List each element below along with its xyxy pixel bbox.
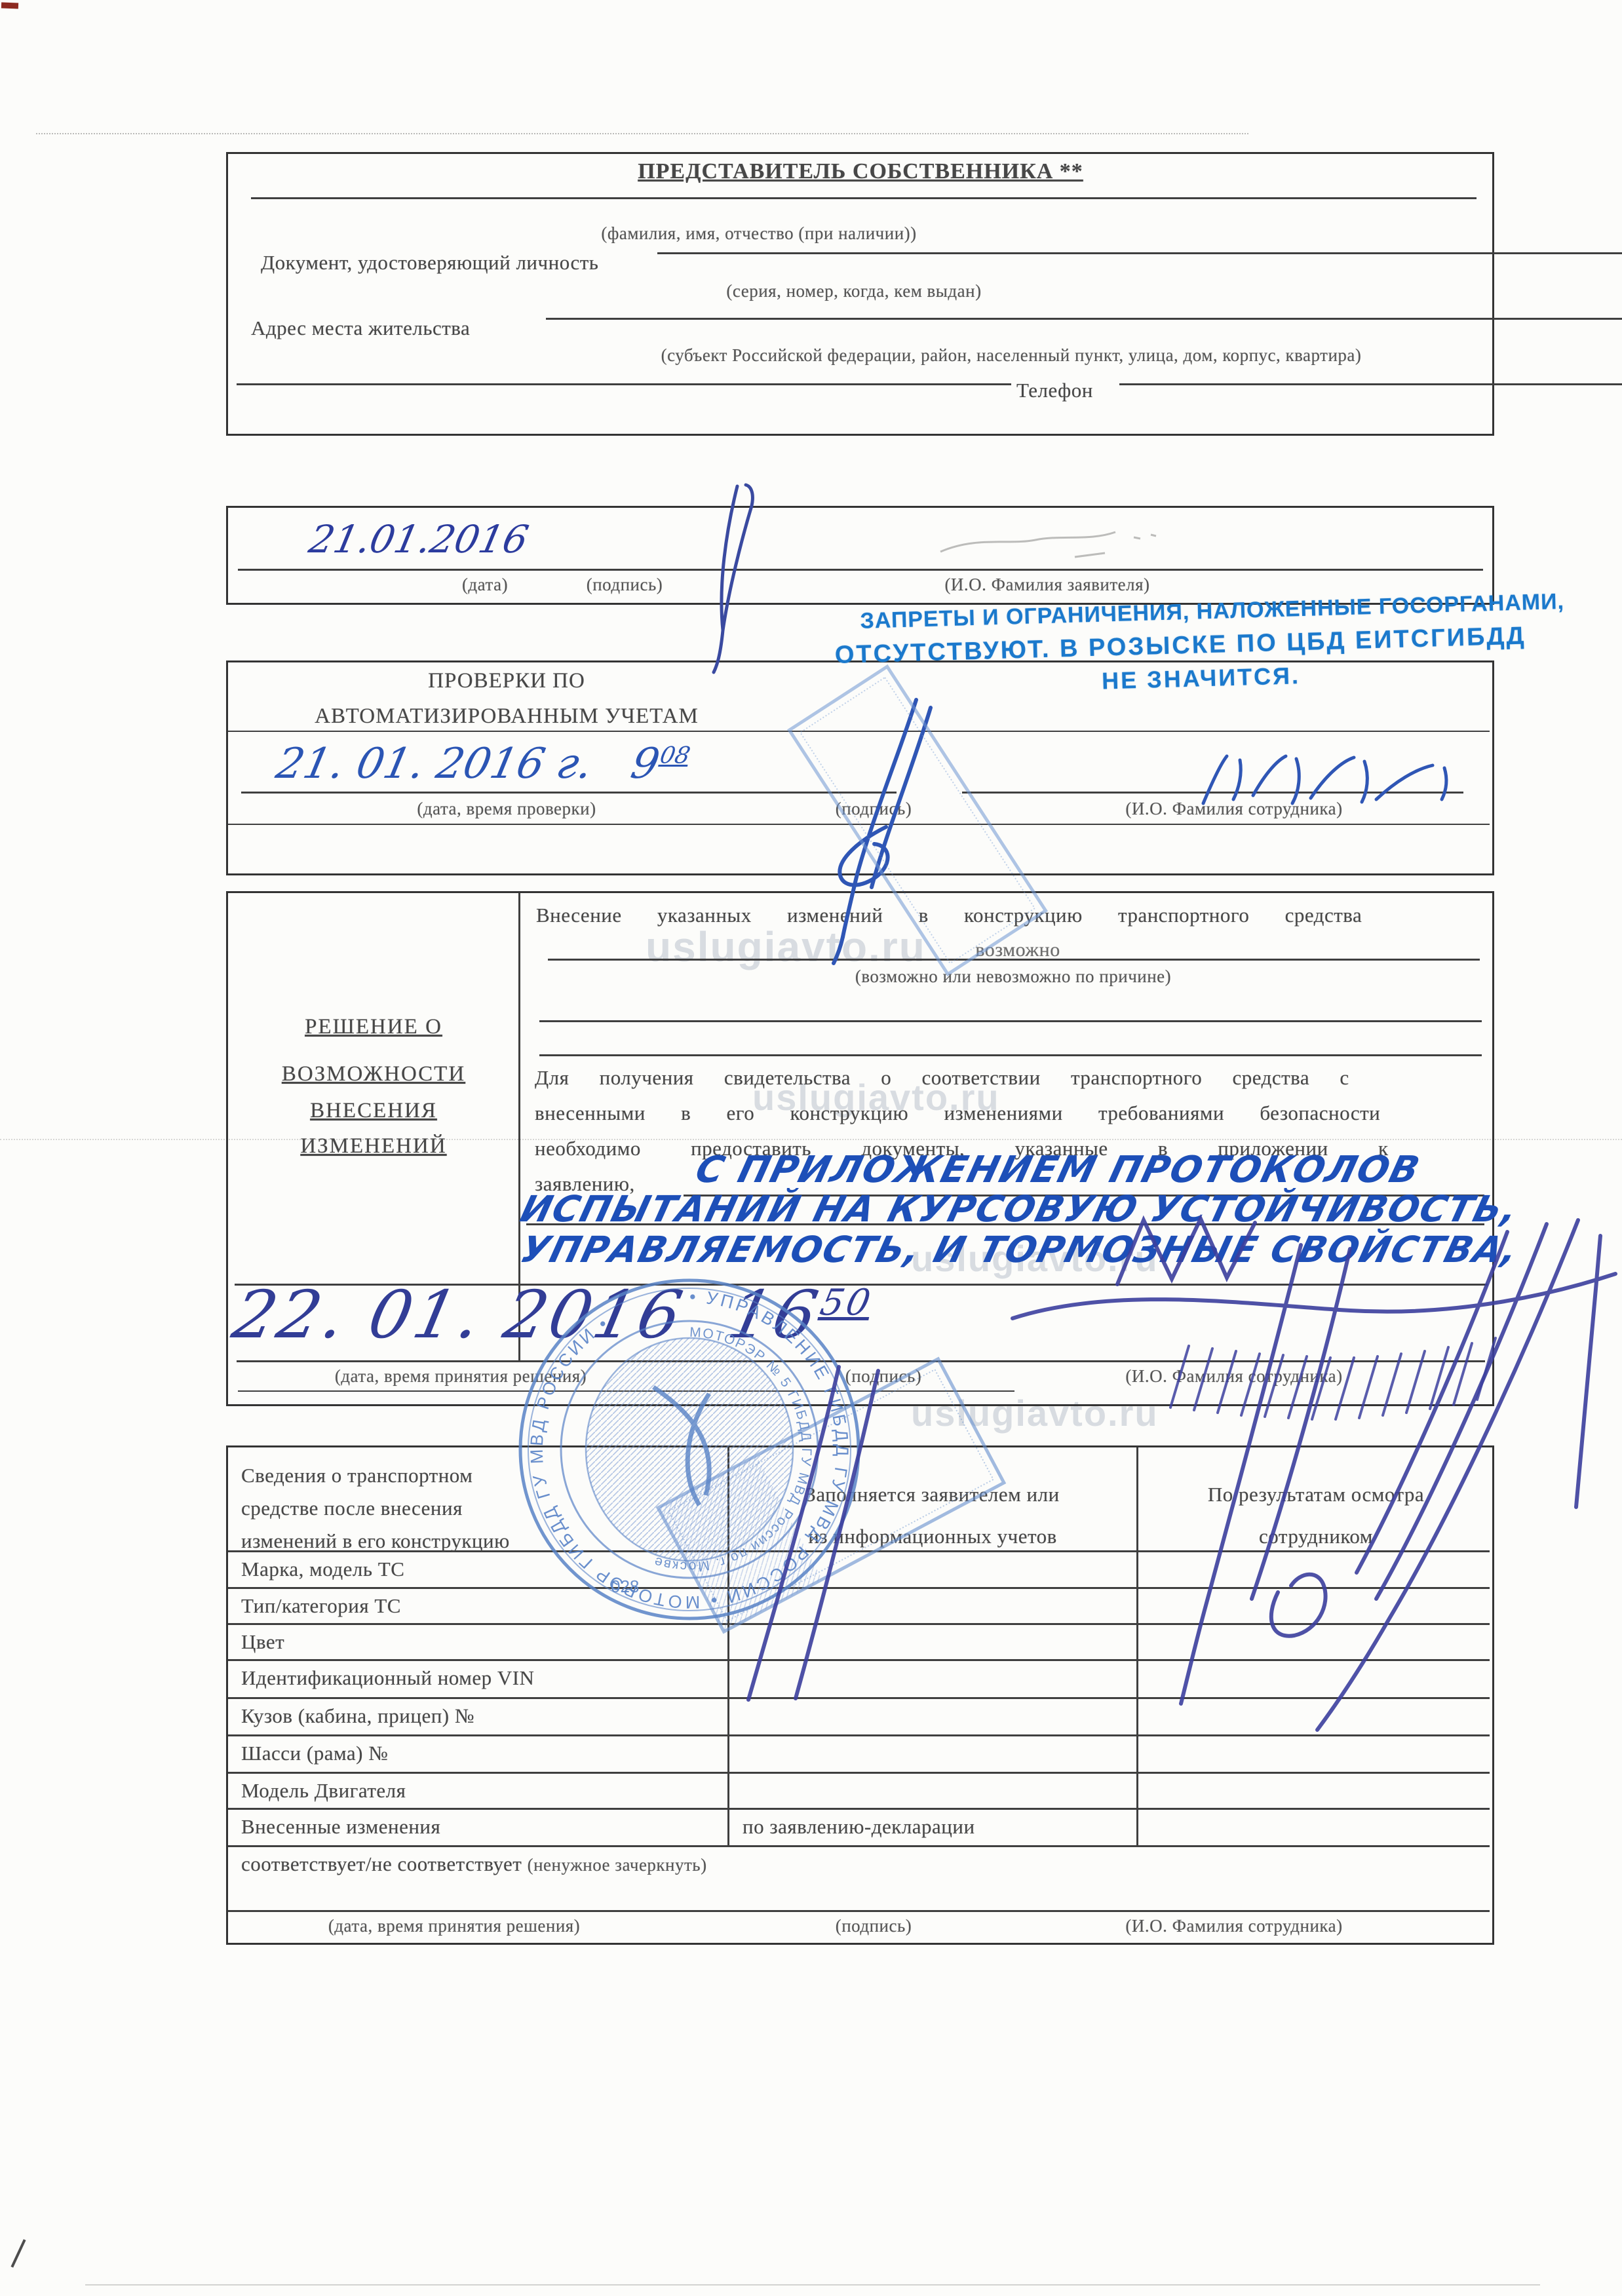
blank-line bbox=[539, 1054, 1482, 1056]
table-sign-line bbox=[228, 1910, 1490, 1912]
decision-value-hint: (возможно или невозможно по причине) bbox=[855, 966, 1171, 987]
table-row-label: Цвет bbox=[241, 1630, 284, 1654]
check-sign-hint: (подпись) bbox=[836, 799, 912, 819]
table-row-label: Модель Двигателя bbox=[241, 1779, 406, 1803]
table-row-line bbox=[228, 1587, 1490, 1589]
inner-rule bbox=[228, 731, 1490, 732]
decision-time-minutes: 50 bbox=[817, 1282, 877, 1324]
table-col-divider bbox=[727, 1447, 729, 1847]
decision-value-line bbox=[548, 959, 1480, 961]
checks-title-line1: ПРОВЕРКИ ПО bbox=[428, 669, 585, 693]
decision-section: РЕШЕНИЕ О ВОЗМОЖНОСТИ ВНЕСЕНИЯ ИЗМЕНЕНИЙ… bbox=[226, 891, 1494, 1406]
decision-side-title: ВОЗМОЖНОСТИ bbox=[282, 1062, 465, 1086]
decision-date-hint: (дата, время принятия решения) bbox=[335, 1366, 587, 1387]
decision-value: возможно bbox=[975, 939, 1060, 961]
check-date: 21. 01. 2016 г. bbox=[272, 740, 597, 788]
inner-rule bbox=[238, 1390, 1014, 1392]
check-date-hint: (дата, время проверки) bbox=[417, 799, 596, 819]
handwritten-decision-datetime: 22. 01. 2016 1650 bbox=[227, 1276, 878, 1353]
handwritten-decision-line3: УПРАВЛЯЕМОСТЬ, И ТОРМОЗНЫЕ СВОЙСТВА, bbox=[516, 1229, 1524, 1271]
table-footer-span: соответствует/не соответствует (ненужное… bbox=[241, 1852, 707, 1876]
table-row-label: Тип/категория ТС bbox=[241, 1594, 401, 1618]
scan-edge-line bbox=[85, 2284, 1540, 2286]
name-hint: (И.О. Фамилия заявителя) bbox=[944, 575, 1149, 595]
handwritten-date: 21.01.2016 bbox=[305, 517, 533, 562]
handwritten-decision-line1: С ПРИЛОЖЕНИЕМ ПРОТОКОЛОВ bbox=[691, 1149, 1425, 1191]
check-time-minutes: 08 bbox=[657, 742, 692, 769]
table-row-label: Кузов (кабина, прицеп) № bbox=[241, 1704, 474, 1728]
section-title: ПРЕДСТАВИТЕЛЬ СОБСТВЕННИКА ** bbox=[638, 159, 1083, 184]
table-row-label: Шасси (рама) № bbox=[241, 1742, 388, 1765]
check-date-line bbox=[241, 792, 897, 794]
decision-paragraph1: Внесение указанных изменений в конструкц… bbox=[536, 904, 1362, 927]
table-row-label: Марка, модель ТС bbox=[241, 1558, 404, 1581]
fio-blank-line bbox=[251, 197, 1477, 199]
scan-mark-red bbox=[1, 3, 18, 9]
table-header-col1: Сведения о транспортном средстве после в… bbox=[241, 1459, 700, 1558]
table-row-line bbox=[228, 1808, 1490, 1810]
decision-side-title: РЕШЕНИЕ О bbox=[305, 1015, 442, 1039]
scan-mark bbox=[10, 2239, 26, 2267]
table-row-line bbox=[228, 1659, 1490, 1661]
applicant-signature-section: 21.01.2016 (дата) (подпись) (И.О. Фамили… bbox=[226, 506, 1494, 605]
checks-title-line2: АВТОМАТИЗИРОВАННЫМ УЧЕТАМ bbox=[315, 704, 699, 729]
identity-doc-hint: (серия, номер, когда, кем выдан) bbox=[726, 281, 981, 301]
scan-artifact-line bbox=[36, 133, 1248, 134]
date-hint: (дата) bbox=[462, 575, 508, 595]
decision-time: 16 bbox=[722, 1276, 826, 1353]
check-name-hint: (И.О. Фамилия сотрудника) bbox=[1125, 799, 1342, 819]
address-label: Адрес места жительства bbox=[251, 316, 470, 340]
decision-side-title: ВНЕСЕНИЯ bbox=[310, 1099, 437, 1123]
decision-paragraph2-line2: внесенными в его конструкцию изменениями… bbox=[535, 1101, 1380, 1125]
phone-blank-line-right bbox=[1119, 383, 1622, 385]
decision-side-title: ИЗМЕНЕНИЙ bbox=[300, 1134, 446, 1158]
owner-representative-section: ПРЕДСТАВИТЕЛЬ СОБСТВЕННИКА ** (фамилия, … bbox=[226, 152, 1494, 436]
decision-paragraph2-line1: Для получения свидетельства о соответств… bbox=[535, 1066, 1349, 1090]
table-col-divider bbox=[1136, 1447, 1138, 1847]
table-row-label: Внесенные изменения bbox=[241, 1815, 440, 1839]
decision-sign-line bbox=[237, 1360, 1485, 1362]
table-header-col2: Заполняется заявителем или из информацио… bbox=[746, 1474, 1119, 1558]
table-row-label: Идентификационный номер VIN bbox=[241, 1666, 534, 1690]
table-row-value: по заявлению-декларации bbox=[743, 1815, 975, 1839]
table-row-line bbox=[228, 1697, 1490, 1699]
table-date-hint: (дата, время принятия решения) bbox=[328, 1916, 580, 1936]
identity-doc-label: Документ, удостоверяющий личность bbox=[261, 251, 598, 275]
table-header-col3: По результатам осмотра сотрудником bbox=[1146, 1474, 1486, 1558]
fio-hint: (фамилия, имя, отчество (при наличии)) bbox=[601, 223, 916, 244]
table-name-hint: (И.О. Фамилия сотрудника) bbox=[1125, 1916, 1342, 1936]
phone-label: Телефон bbox=[1016, 379, 1093, 402]
handwritten-check-datetime: 21. 01. 2016 г. 908 bbox=[272, 740, 693, 788]
table-row-line bbox=[228, 1772, 1490, 1774]
handwritten-decision-line2: ИСПЫТАНИЙ НА КУРСОВУЮ УСТОЙЧИВОСТЬ, bbox=[516, 1188, 1523, 1230]
vehicle-info-table: Сведения о транспортном средстве после в… bbox=[226, 1445, 1494, 1945]
decision-sign-hint: (подпись) bbox=[845, 1366, 922, 1387]
scanned-document-page: uslugiavto.ru uslugiavto.ru uslugiavto.r… bbox=[0, 0, 1622, 2296]
check-name-line bbox=[962, 792, 1463, 794]
table-row-line bbox=[228, 1734, 1490, 1736]
address-blank-line bbox=[546, 318, 1622, 320]
sign-hint: (подпись) bbox=[587, 575, 663, 595]
signature-line bbox=[238, 569, 1483, 571]
identity-doc-blank-line bbox=[657, 252, 1622, 254]
decision-date: 22. 01. 2016 bbox=[227, 1276, 691, 1353]
table-row-line bbox=[228, 1845, 1490, 1847]
table-row-line bbox=[228, 1623, 1490, 1625]
blank-line bbox=[539, 1020, 1482, 1022]
decision-name-hint: (И.О. Фамилия сотрудника) bbox=[1125, 1366, 1342, 1387]
phone-blank-line-left bbox=[237, 383, 1011, 385]
table-sign-hint: (подпись) bbox=[836, 1916, 912, 1936]
inner-rule bbox=[228, 824, 1490, 825]
address-hint: (субъект Российской федерации, район, на… bbox=[661, 345, 1362, 366]
